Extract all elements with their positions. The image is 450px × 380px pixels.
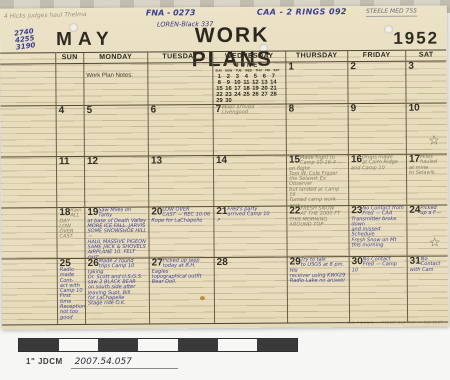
accession-number: 2007.54.057: [71, 357, 178, 369]
calendar-cell: 3: [406, 61, 446, 102]
june-day-initial: MON: [225, 70, 232, 73]
calendar-cell: 9: [349, 104, 407, 154]
calendar-cell: 23No Contact from Fred — CAA Transmitter…: [349, 206, 407, 256]
june-day-initial: SUN: [215, 70, 221, 73]
calendar-cell: 13: [149, 156, 214, 206]
calendar-cell: 31No Contact with Cam: [408, 256, 448, 321]
date-number: 4: [59, 106, 65, 116]
week-row: 25Radio made Cont- act with Camp 10 Firs…: [2, 256, 448, 324]
calendar-cell: 5: [85, 106, 149, 156]
scale-bar-segment: [19, 339, 59, 351]
calendar-cell: 29Try to talk to USGS at 8 pm. His recei…: [288, 257, 350, 322]
scale-label: 1" JDCM: [26, 357, 63, 366]
star-icon: ☆: [428, 133, 440, 148]
calendar-cell: 20LOW OVER CAST — REC 10:06 Rope for LaC…: [149, 207, 214, 257]
handwritten-note: Picked up Jeep today at B.H. Eagles topo…: [152, 258, 212, 285]
week-row: 18Rain ALL DAY LOW OVER CAST.19Saw Miles…: [1, 205, 447, 259]
june-date: [270, 98, 278, 104]
notes-margin: [1, 157, 57, 207]
handwritten-note: No Contact from Fred — CAA Transmitter b…: [351, 206, 404, 249]
notes-margin: [0, 64, 56, 105]
calendar-cell: 10☆: [407, 103, 447, 153]
work-plan-notes-label: Work Plan Notes:: [86, 73, 133, 79]
scale-bar-segment: [138, 339, 178, 351]
handwritten-note: Made 2 round trips Camp 10 taking Dr. Sc…: [88, 259, 147, 307]
notes-margin: [0, 53, 56, 63]
week-row: 1112131415Made flight to Camp 10-16-4 — …: [1, 154, 447, 208]
date-number: 14: [216, 156, 227, 166]
date-number: 1: [288, 63, 294, 73]
week-row: Work Plan Notes:JUNESUNMONTUEWEDTHUFRISA…: [0, 61, 446, 106]
date-number: 13: [151, 156, 162, 166]
calendar-cell: 21Fred's party arrived Camp 10 ↗: [214, 207, 287, 258]
star-icon: ☆: [429, 235, 441, 250]
week-row: 4567Miles arrived Livengood8910☆: [1, 103, 447, 157]
calendar-cell: 27Picked up Jeep today at B.H. Eagles to…: [150, 258, 215, 323]
handwritten-note: Try to talk to USGS at 8 pm. His receive…: [290, 257, 347, 284]
june-day-initial: SAT: [274, 70, 280, 73]
fna-annotation: FNA - 0273: [146, 8, 196, 17]
calendar-cell: 7Miles arrived Livengood: [214, 105, 287, 156]
calendar-cell: 30No Contact Fred — Camp 10: [350, 257, 408, 322]
printer-code: AIR FORMS — PRINT SUPPLY — NO 1147: [347, 319, 443, 325]
scale-bar-segment: [218, 339, 258, 351]
calendar-cell: 22FRESH SNOW AT THE 2000 FT THIS MORNING…: [287, 206, 349, 256]
handwritten-note: Saw Miles on Tarby at base of Death Vall…: [87, 208, 146, 258]
handwritten-note: Rain ALL DAY LOW OVER CAST.: [59, 208, 82, 240]
day-header-label: SAT: [406, 50, 446, 60]
date-number: 8: [289, 105, 295, 115]
year-title: 1952: [393, 28, 439, 48]
calendar-paper: 4 Hicks judges haul Thelma 2740 4255 319…: [0, 5, 449, 329]
handwritten-note: No Contact Fred — Camp 10: [352, 257, 405, 273]
steele-annotation: STEELE MED 755: [366, 8, 417, 17]
day-header-label: FRIDAY: [348, 51, 406, 61]
date-number: 6: [151, 105, 157, 115]
june-week-row: 2930: [216, 98, 278, 104]
calendar-cell: 11: [57, 157, 85, 207]
calendar-cell: Work Plan Notes:: [84, 64, 148, 105]
scale-bar-segment: [178, 339, 218, 351]
handwritten-note: Picked up a F—: [409, 205, 445, 216]
day-header-label: WEDNESDAY: [213, 52, 286, 63]
date-number: 10: [409, 104, 420, 114]
calendar-cell: JUNESUNMONTUEWEDTHUFRISAT123456789101112…: [213, 63, 286, 105]
handwritten-note: Radio made Cont- act with Camp 10 First …: [60, 259, 83, 320]
day-header-label: SUN: [56, 53, 84, 63]
june-day-initial: WED: [245, 70, 252, 73]
june-date: [234, 99, 242, 105]
scale-bar-segment: [59, 339, 99, 351]
calendar-cell: 14: [214, 156, 287, 207]
calendar-cell: 8: [287, 104, 349, 154]
june-day-initials: SUNMONTUEWEDTHUFRISAT: [215, 70, 279, 73]
day-header-label: THURSDAY: [286, 51, 348, 61]
calendar-cell: 18Rain ALL DAY LOW OVER CAST.: [57, 208, 85, 258]
handwritten-note: Drops made at Cairn Ridge and Camp 10: [351, 155, 404, 171]
notes-margin: [1, 208, 57, 258]
caa-annotation: CAA - 2 RINGS 092: [257, 7, 347, 17]
scan-background: [0, 328, 450, 380]
day-header-label: TUESDAY: [148, 52, 213, 62]
calendar-cell: 2: [348, 62, 406, 103]
scanned-calendar-page: 4 Hicks judges haul Thelma 2740 4255 319…: [0, 0, 450, 380]
date-number: 28: [217, 258, 228, 268]
calendar-cell: 19Saw Miles on Tarby at base of Death Va…: [85, 208, 149, 258]
calendar-cell: 15Made flight to Camp 10-16-4 — on fligh…: [287, 155, 349, 205]
handwritten-note: Made flight to Camp 10-16-4 — on flight …: [289, 155, 346, 205]
calendar-cell: 6: [149, 105, 214, 155]
notes-margin: [1, 106, 57, 156]
ledger-numbers-annotation: 2740 4255 3190: [14, 28, 36, 51]
handwritten-note: FRESH SNOW AT THE 2000 FT THIS MORNING A…: [289, 206, 346, 228]
june-day-initial: THU: [256, 70, 262, 73]
calendar-cell: 26Made 2 round trips Camp 10 taking Dr. …: [86, 259, 150, 324]
notes-margin: [2, 259, 58, 324]
date-number: 9: [351, 104, 357, 114]
june-date: [261, 98, 269, 104]
month-title: MAY: [56, 29, 115, 51]
stain-mark: [200, 296, 205, 300]
photo-scale-bar: [18, 338, 298, 352]
day-header-label: MONDAY: [84, 53, 148, 63]
accession-line: 1" JDCM2007.54.057: [26, 357, 178, 367]
calendar-cell: 25Radio made Cont- act with Camp 10 Firs…: [58, 259, 86, 324]
date-number: 2: [350, 62, 356, 72]
calendar-cell: 1: [286, 62, 348, 103]
handwritten-note: Miles hauled at mine to Selawik: [409, 154, 445, 175]
june-date: [252, 98, 260, 104]
june-date: 29: [216, 99, 224, 104]
punch-hole: [384, 25, 393, 34]
calendar-cell: 17Miles hauled at mine to Selawik: [407, 154, 447, 204]
calendar-cell: 12: [85, 157, 149, 207]
calendar-cell: 16Drops made at Cairn Ridge and Camp 10: [349, 155, 407, 205]
june-mini-calendar: JUNESUNMONTUEWEDTHUFRISAT123456789101112…: [215, 63, 279, 104]
calendar-cell: 28: [215, 258, 288, 324]
scale-bar-segment: [257, 339, 297, 351]
calendar-cell: 24Picked up a F—☆: [407, 205, 447, 255]
calendar-grid: SUNMONDAYTUESDAYWEDNESDAYTHURSDAYFRIDAYS…: [0, 49, 448, 325]
scale-bar-segment: [98, 339, 138, 351]
calendar-cell: [148, 63, 213, 104]
date-number: 12: [87, 157, 98, 167]
handwritten-note: LOW OVER CAST — REC 10:06 Rope for LaCha…: [151, 207, 211, 223]
june-date: 30: [225, 99, 233, 105]
calendar-cell: 4: [57, 106, 85, 156]
date-number: 5: [87, 106, 93, 116]
june-day-initial: FRI: [265, 70, 270, 73]
june-date: [243, 98, 251, 104]
date-number: 3: [408, 62, 414, 72]
date-number: 11: [59, 157, 70, 167]
handwritten-note: No Contact with Cam: [410, 256, 446, 272]
june-day-initial: TUE: [236, 70, 242, 73]
calendar-cell: [56, 64, 84, 105]
handwritten-note: Fred's party arrived Camp 10 ↗: [216, 207, 284, 223]
handwritten-note: Miles arrived Livengood: [216, 105, 284, 116]
